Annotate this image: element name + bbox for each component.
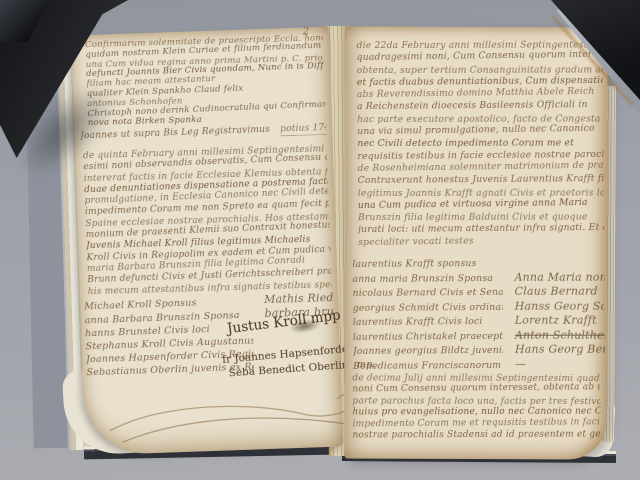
witness-row: anna maria Brunszin Sponsa Anna Maria no…	[352, 270, 604, 286]
left-entry-block: de quinta February anni millesimi Septin…	[83, 143, 332, 298]
witness-row: Joannes georgius Bildtz juvenis loci Han…	[353, 342, 605, 358]
handwriting-line: nostrae parochialis Stadensi ad id praes…	[353, 430, 601, 442]
handwriting-line: quadragesimi noni, Cum Consensu quorum i…	[357, 49, 603, 65]
witness-name: laurentius Krafft sponsus	[352, 257, 502, 272]
witness-signature: barbara brunszin	[264, 304, 336, 320]
right-page: die 22da February anni millesimi Septing…	[344, 27, 608, 460]
witness-row: nicolaus Bernard Civis et Senator loci C…	[353, 284, 605, 300]
manuscript-photo: 2 Confirmarum solemnitate de praescripto…	[0, 0, 640, 480]
right-witness-block: laurentius Krafft sponsus anna maria Bru…	[352, 256, 605, 373]
witness-signature: Claus Bernard	[515, 285, 598, 299]
witness-row: laurentius Christakel praeceptor loci An…	[353, 328, 605, 344]
witness-row: laurentius Krafft Civis loci Lorentz Kra…	[353, 313, 605, 329]
witness-name: georgius Schmidt Civis ordinarius	[353, 300, 503, 315]
handwriting-line: una via simul promulgatione, nullo nec C…	[357, 123, 603, 139]
handwriting-line: Contraxerunt honestus Juvenis Laurentius…	[358, 173, 604, 187]
witness-name: laurentius Christakel praeceptor loci	[353, 329, 503, 344]
witness-name: nicolaus Bernard Civis et Senator loci	[353, 286, 503, 301]
right-entry-block: die 22da February anni millesimi Septing…	[356, 38, 604, 249]
witness-name: laurentius Krafft Civis loci	[353, 315, 503, 330]
notary-mark: mp.	[357, 360, 417, 371]
handwriting-line: impedimento Coram me et requisitis testi…	[352, 417, 600, 431]
left-witness-block: Michael Kroll Sponsus Mathis Riedl anna …	[84, 291, 337, 380]
witness-signature: Anna Maria nomine	[514, 270, 605, 284]
handwriting-line: una Cum pudica et virtuosa virgine anna …	[358, 197, 604, 213]
handwriting-line: specialiter vocati testes	[358, 233, 604, 249]
witness-signature: Lorentz Krafft	[515, 314, 597, 328]
witness-signature: Hans Georg Beuret	[515, 343, 605, 357]
handwriting-line: noni Cum Consensu quorum interesset, obt…	[352, 383, 600, 397]
witness-signature: Anton Schultheiss	[515, 328, 605, 342]
witness-name: Joannes georgius Bildtz juvenis loci	[353, 344, 503, 359]
handwriting-line: a Reichenstein dioecesis Basileensis Off…	[357, 99, 603, 113]
witness-signature: Mathis Riedl	[264, 291, 337, 306]
witness-signature: —	[515, 357, 526, 371]
witness-row: georgius Schmidt Civis ordinarius Hanss …	[353, 299, 605, 315]
right-second-entry-block: de decima Julij anni millesimi Septingen…	[352, 373, 600, 442]
mark-text: mp.	[357, 360, 417, 371]
underlined-date: potius 1744	[280, 123, 327, 137]
witness-name: anna maria Brunszin Sponsa	[352, 271, 502, 286]
pen-flourish	[101, 377, 383, 451]
witness-signature: Hanss Georg Schmidt	[515, 299, 605, 313]
